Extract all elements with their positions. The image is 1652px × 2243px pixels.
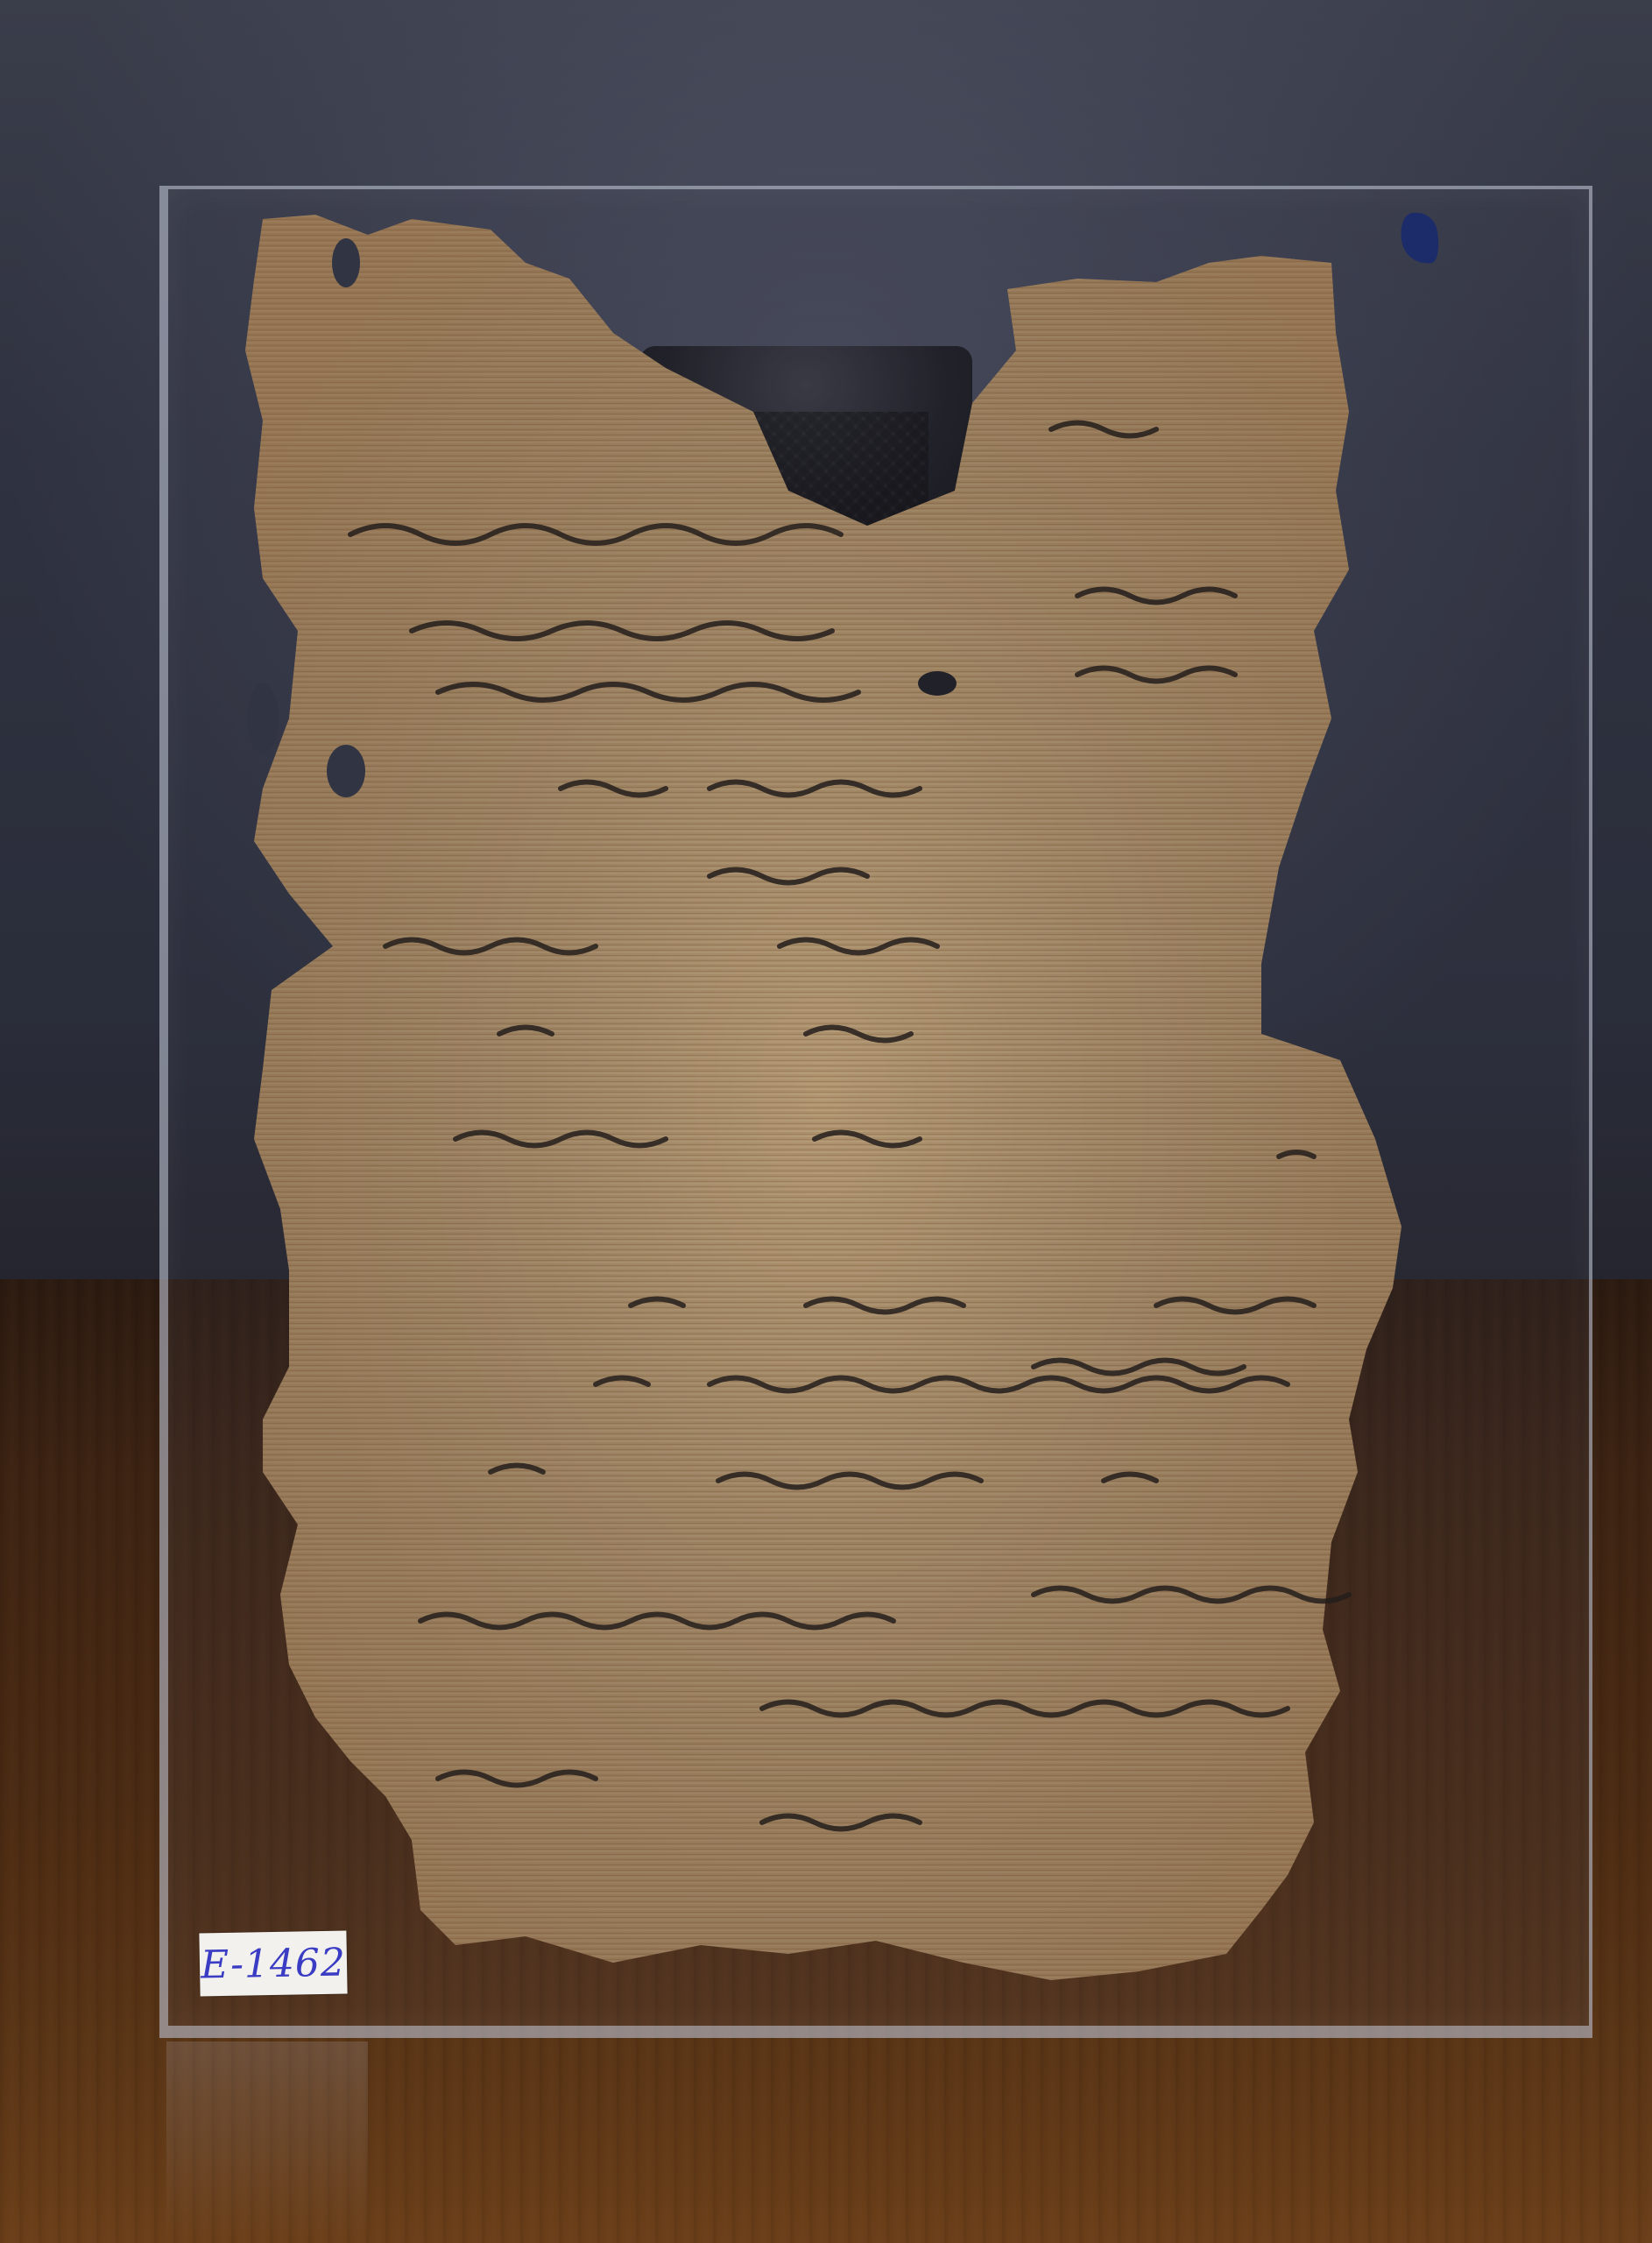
catalog-label: E-1462 xyxy=(199,1931,347,1997)
catalog-number: E-1462 xyxy=(201,1940,347,1987)
acrylic-frame xyxy=(159,186,1592,2038)
